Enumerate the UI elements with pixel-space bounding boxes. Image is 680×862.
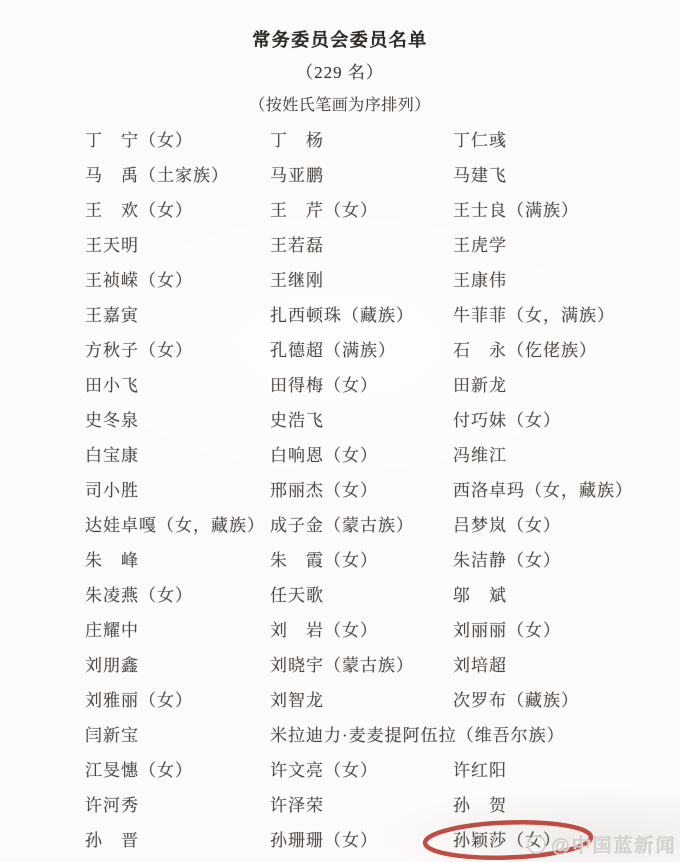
member-name: 田小飞 xyxy=(85,371,270,396)
document-page: 常务委员会委员名单 （229 名） （按姓氏笔画为序排列） 丁 宁（女）丁 杨丁… xyxy=(0,0,680,862)
member-name: 江旻憓（女） xyxy=(85,756,270,781)
member-name: 西洛卓玛（女，藏族） xyxy=(453,476,680,501)
member-name: 马亚鹏 xyxy=(270,161,453,186)
member-name: 孙珊珊（女） xyxy=(270,826,453,851)
name-row: 闫新宝米拉迪力·麦麦提阿伍拉（维吾尔族） xyxy=(0,716,680,751)
member-name: 王康伟 xyxy=(453,266,680,291)
member-name: 王若磊 xyxy=(270,231,453,256)
member-name: 达娃卓嘎（女，藏族） xyxy=(85,511,270,536)
member-name: 朱 霞（女） xyxy=(270,546,453,571)
member-name: 史浩飞 xyxy=(270,406,453,431)
member-name: 丁仁彧 xyxy=(453,126,680,151)
member-name: 司小胜 xyxy=(85,476,270,501)
member-name: 牛菲菲（女，满族） xyxy=(453,301,680,326)
name-row: 刘雅丽（女）刘智龙次罗布（藏族） xyxy=(0,681,680,716)
name-row: 王天明王若磊王虎学 xyxy=(0,226,680,261)
member-name: 朱洁静（女） xyxy=(453,546,680,571)
name-row: 达娃卓嘎（女，藏族）成子金（蒙古族）吕梦岚（女） xyxy=(0,506,680,541)
member-name: 王继刚 xyxy=(270,266,453,291)
member-name: 刘朋鑫 xyxy=(85,651,270,676)
member-name: 王嘉寅 xyxy=(85,301,270,326)
member-name: 刘智龙 xyxy=(270,686,453,711)
member-name: 刘 岩（女） xyxy=(270,616,453,641)
member-name: 王祯嵘（女） xyxy=(85,266,270,291)
name-row: 马 禹（土家族）马亚鹏马建飞 xyxy=(0,156,680,191)
member-name: 丁 杨 xyxy=(270,126,453,151)
member-name: 庄耀中 xyxy=(85,616,270,641)
name-row: 王嘉寅扎西顿珠（藏族）牛菲菲（女，满族） xyxy=(0,296,680,331)
member-name: 刘培超 xyxy=(453,651,680,676)
member-name: 孙 晋 xyxy=(85,826,270,851)
member-name: 次罗布（藏族） xyxy=(453,686,680,711)
watermark-text: @中国蓝新闻 xyxy=(551,831,677,858)
member-name: 田得梅（女） xyxy=(270,371,453,396)
member-name: 马建飞 xyxy=(453,161,680,186)
member-name: 王 欢（女） xyxy=(85,196,270,221)
member-name: 王 芹（女） xyxy=(270,196,453,221)
member-name: 丁 宁（女） xyxy=(85,126,270,151)
page-title: 常务委员会委员名单 xyxy=(0,26,680,52)
member-name: 米拉迪力·麦麦提阿伍拉（维吾尔族） xyxy=(270,721,453,746)
member-name: 朱 峰 xyxy=(85,546,270,571)
member-name: 白响恩（女） xyxy=(270,441,453,466)
member-name: 孔德超（满族） xyxy=(270,336,453,361)
member-name: 成子金（蒙古族） xyxy=(270,511,453,536)
name-row: 王祯嵘（女）王继刚王康伟 xyxy=(0,261,680,296)
member-name: 许红阳 xyxy=(453,756,680,781)
member-name: 方秋子（女） xyxy=(85,336,270,361)
member-name: 邢丽杰（女） xyxy=(270,476,453,501)
name-row: 田小飞田得梅（女）田新龙 xyxy=(0,366,680,401)
member-name-list: 丁 宁（女）丁 杨丁仁彧马 禹（土家族）马亚鹏马建飞王 欢（女）王 芹（女）王士… xyxy=(0,121,680,856)
sort-order-note: （按姓氏笔画为序排列） xyxy=(0,92,680,115)
member-name: 任天歌 xyxy=(270,581,453,606)
member-name: 朱凌燕（女） xyxy=(85,581,270,606)
member-name: 许河秀 xyxy=(85,791,270,816)
member-name: 刘雅丽（女） xyxy=(85,686,270,711)
name-row: 朱凌燕（女）任天歌邬 斌 xyxy=(0,576,680,611)
member-name: 白宝康 xyxy=(85,441,270,466)
name-row: 白宝康白响恩（女）冯维江 xyxy=(0,436,680,471)
name-row: 许河秀许泽荣孙 贺 xyxy=(0,786,680,821)
member-name: 许泽荣 xyxy=(270,791,453,816)
member-name: 吕梦岚（女） xyxy=(453,511,680,536)
name-row: 史冬泉史浩飞付巧妹（女） xyxy=(0,401,680,436)
member-name: 马 禹（土家族） xyxy=(85,161,270,186)
member-name: 石 永（仡佬族） xyxy=(453,336,680,361)
member-name: 王天明 xyxy=(85,231,270,256)
member-name: 邬 斌 xyxy=(453,581,680,606)
member-name: 刘晓宇（蒙古族） xyxy=(270,651,453,676)
member-name: 闫新宝 xyxy=(85,721,270,746)
member-name: 付巧妹（女） xyxy=(453,406,680,431)
member-name: 孙 贺 xyxy=(453,791,680,816)
name-row: 王 欢（女）王 芹（女）王士良（满族） xyxy=(0,191,680,226)
member-name: 刘丽丽（女） xyxy=(453,616,680,641)
watermark: @中国蓝新闻 xyxy=(527,831,677,858)
name-row: 丁 宁（女）丁 杨丁仁彧 xyxy=(0,121,680,156)
name-row: 江旻憓（女）许文亮（女）许红阳 xyxy=(0,751,680,786)
name-row: 方秋子（女）孔德超（满族）石 永（仡佬族） xyxy=(0,331,680,366)
name-row: 司小胜邢丽杰（女）西洛卓玛（女，藏族） xyxy=(0,471,680,506)
name-row: 庄耀中刘 岩（女）刘丽丽（女） xyxy=(0,611,680,646)
member-name: 扎西顿珠（藏族） xyxy=(270,301,453,326)
name-row: 刘朋鑫刘晓宇（蒙古族）刘培超 xyxy=(0,646,680,681)
name-row: 朱 峰朱 霞（女）朱洁静（女） xyxy=(0,541,680,576)
member-name: 冯维江 xyxy=(453,441,680,466)
member-name: 田新龙 xyxy=(453,371,680,396)
member-name: 许文亮（女） xyxy=(270,756,453,781)
member-name: 史冬泉 xyxy=(85,406,270,431)
member-name: 王虎学 xyxy=(453,231,680,256)
member-count: （229 名） xyxy=(0,58,680,83)
member-name: 王士良（满族） xyxy=(453,196,680,221)
news-channel-logo-icon xyxy=(527,835,546,854)
